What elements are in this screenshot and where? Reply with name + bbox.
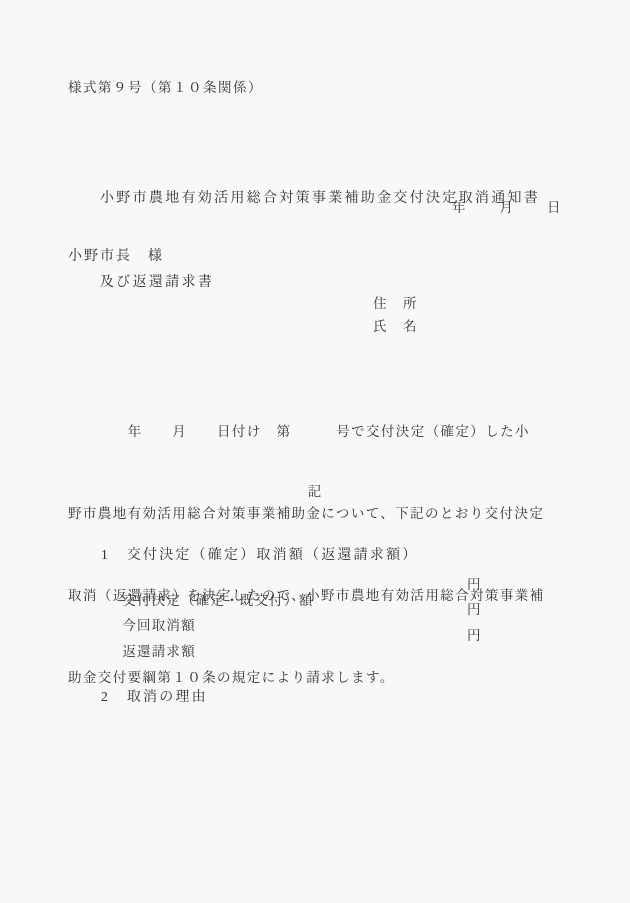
section-2-heading-text: 取消の理由	[127, 690, 208, 705]
section-1-heading-text: 交付決定（確定）取消額（返還請求額）	[127, 548, 419, 563]
sender-address-label: 住 所	[373, 296, 418, 312]
date-line: 年 月 日	[452, 200, 561, 216]
body-line: 年 月 日付け 第 号で交付決定（確定）した小	[68, 418, 568, 445]
ki-marker: 記	[0, 484, 630, 500]
date-month-label: 月	[500, 200, 514, 216]
recipient-line: 小野市長 様	[68, 249, 164, 266]
amount-unit-yen: 円	[467, 577, 481, 593]
sender-name-label: 氏 名	[373, 319, 418, 335]
document-title: 小野市農地有効活用総合対策事業補助金交付決定取消通知書 及び返還請求書	[100, 129, 540, 353]
section-2-number: 2	[101, 690, 127, 707]
date-day-label: 日	[547, 200, 561, 216]
amount-unit-yen: 円	[467, 602, 481, 618]
document-title-line2: 及び返還請求書	[100, 269, 540, 297]
body-line: 野市農地有効活用総合対策事業補助金について、下記のとおり交付決定	[68, 500, 568, 527]
amount-label-refund: 返還請求額	[122, 644, 196, 659]
section-1-heading: 1交付決定（確定）取消額（返還請求額）	[78, 531, 418, 581]
section-2-heading: 2取消の理由	[78, 673, 208, 723]
date-year-label: 年	[452, 200, 466, 216]
form-number: 様式第９号（第１０条関係）	[68, 80, 263, 96]
document-page: 様式第９号（第１０条関係） 小野市農地有効活用総合対策事業補助金交付決定取消通知…	[0, 0, 630, 903]
amount-unit-yen: 円	[467, 628, 481, 644]
section-1-number: 1	[101, 548, 127, 565]
